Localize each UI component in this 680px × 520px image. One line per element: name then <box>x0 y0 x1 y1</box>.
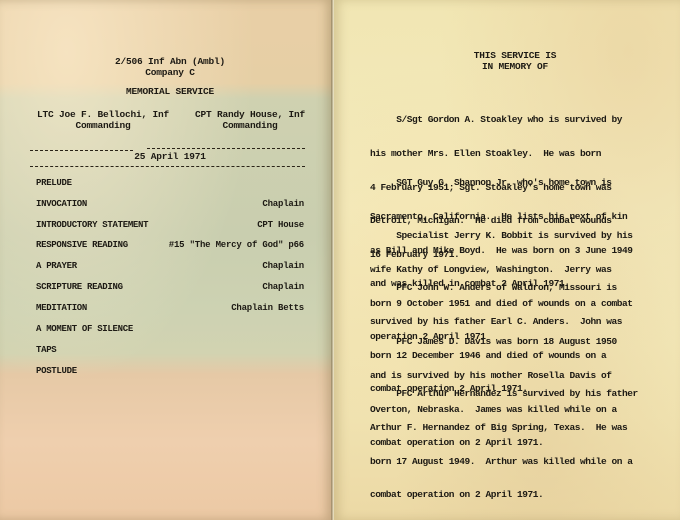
tribute-line: PFC Arthur Hernandez is survived by his … <box>370 388 670 399</box>
commander-2-role: Commanding <box>185 120 315 131</box>
program-item: A PRAYER Chaplain <box>36 261 304 273</box>
tribute-line: combat operation on 2 April 1971. <box>370 489 670 500</box>
tribute-line: Specialist Jerry K. Bobbit is survived b… <box>370 230 670 241</box>
program-item: INTRODUCTORY STATEMENT CPT House <box>36 220 304 232</box>
program-item: POSTLUDE <box>36 366 304 378</box>
left-page: 2/506 Inf Abn (Ambl) Company C MEMORIAL … <box>0 0 333 520</box>
service-date: 25 April 1971 <box>60 151 280 162</box>
tribute-line: Arthur F. Hernandez of Big Spring, Texas… <box>370 422 670 433</box>
program-item: A MOMENT OF SILENCE <box>36 324 304 336</box>
program-item: TAPS <box>36 345 304 357</box>
program-item: SCRIPTURE READING Chaplain <box>36 282 304 294</box>
tribute-line: PFC John W. Anders of Waldron, Missouri … <box>370 282 670 293</box>
program-item-leader: CPT House <box>257 220 304 230</box>
tribute-hernandez: PFC Arthur Hernandez is survived by his … <box>370 366 670 520</box>
commander-1-role: Commanding <box>28 120 178 131</box>
program-item-label: MEDITATION <box>36 303 87 313</box>
program-item-leader: Chaplain <box>262 261 304 271</box>
memory-heading-line-1: THIS SERVICE IS <box>440 50 590 61</box>
program-item-label: A MOMENT OF SILENCE <box>36 324 133 334</box>
tribute-line: SGT Guy G. Shannon Jr. who's home town i… <box>370 177 670 188</box>
program-item-label: A PRAYER <box>36 261 77 271</box>
program-item: PRELUDE <box>36 178 304 190</box>
center-fold <box>331 0 334 520</box>
program-item: RESPONSIVE READING #15 "The Mercy of God… <box>36 240 304 252</box>
tribute-line: PFC James D. Davis was born 18 August 19… <box>370 336 670 347</box>
program-item-leader: Chaplain Betts <box>231 303 304 313</box>
program-item-label: INVOCATION <box>36 199 87 209</box>
program-item-label: RESPONSIVE READING <box>36 240 128 250</box>
program-item-label: PRELUDE <box>36 178 72 188</box>
program-item-label: INTRODUCTORY STATEMENT <box>36 220 148 230</box>
company-line: Company C <box>60 67 280 78</box>
commander-1-name: LTC Joe F. Bellochi, Inf <box>28 109 178 120</box>
date-rule-bottom <box>30 166 305 167</box>
tribute-line: born 17 August 1949. Arthur was killed w… <box>370 456 670 467</box>
date-rule-top-right <box>147 148 305 149</box>
commander-2-name: CPT Randy House, Inf <box>185 109 315 120</box>
tribute-line: S/Sgt Gordon A. Stoakley who is survived… <box>370 114 670 125</box>
program-item-leader: Chaplain <box>262 282 304 292</box>
memorial-program-sheet: 2/506 Inf Abn (Ambl) Company C MEMORIAL … <box>0 0 680 520</box>
program-item: INVOCATION Chaplain <box>36 199 304 211</box>
program-item: MEDITATION Chaplain Betts <box>36 303 304 315</box>
program-item-label: SCRIPTURE READING <box>36 282 123 292</box>
unit-line: 2/506 Inf Abn (Ambl) <box>60 56 280 67</box>
program-item-leader: #15 "The Mercy of God" p66 <box>169 240 304 250</box>
memory-heading-line-2: IN MEMORY OF <box>440 61 590 72</box>
program-item-label: TAPS <box>36 345 56 355</box>
program-item-leader: Chaplain <box>262 199 304 209</box>
program-item-label: POSTLUDE <box>36 366 77 376</box>
service-title: MEMORIAL SERVICE <box>60 86 280 97</box>
